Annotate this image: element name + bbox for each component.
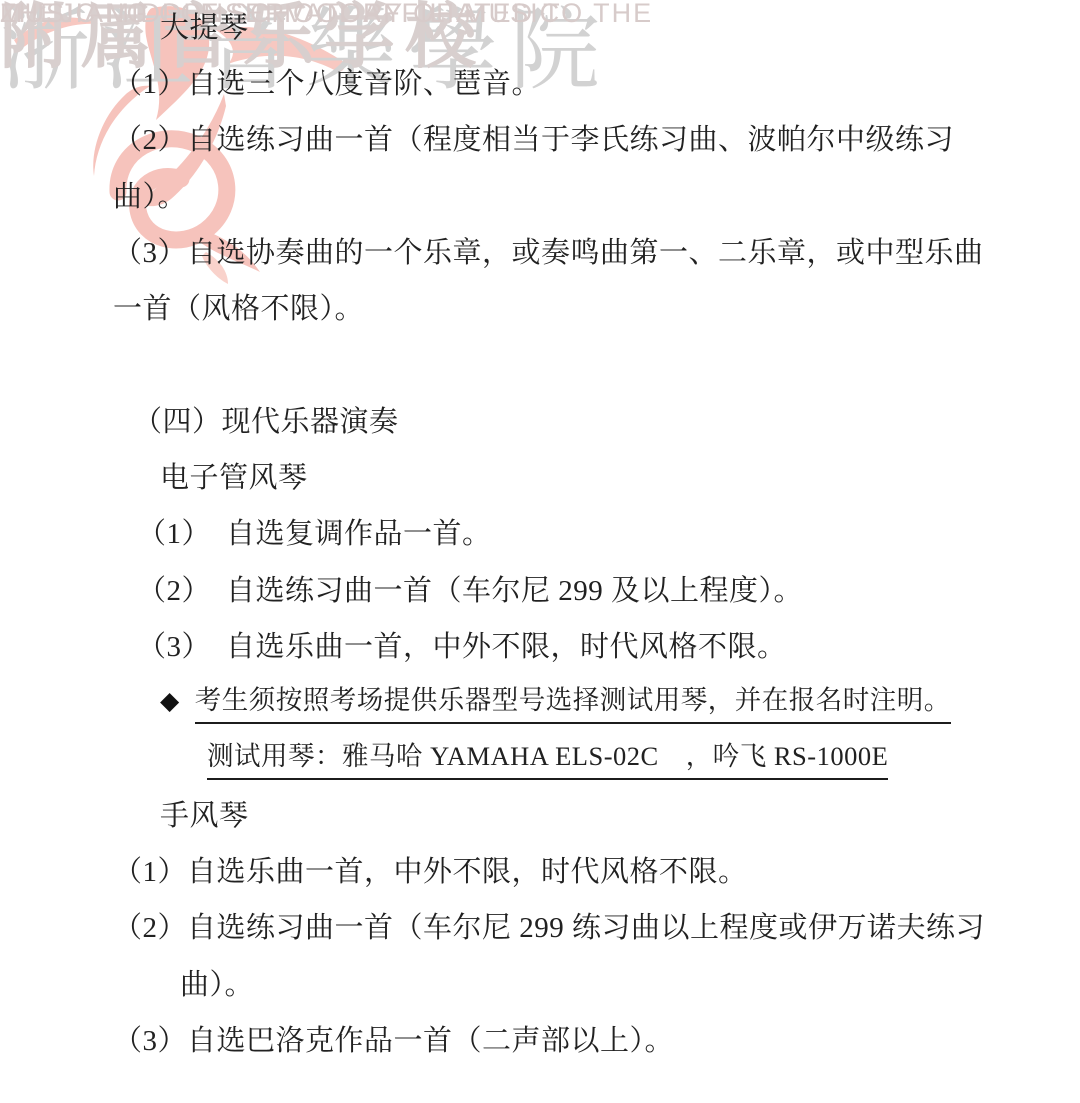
diamond-bullet-icon: ◆: [160, 686, 180, 716]
item-cello-2-cont: 曲）。: [0, 166, 1080, 222]
note-test-instruments: 测试用琴：雅马哈 YAMAHA ELS-02C ，吟飞 RS-1000E: [0, 729, 1080, 785]
item-organ-2: （2） 自选练习曲一首（车尔尼 299 及以上程度）。: [0, 560, 1080, 616]
section-title-cello: 大提琴: [0, 0, 1080, 53]
item-organ-3: （3） 自选乐曲一首，中外不限，时代风格不限。: [0, 616, 1080, 672]
item-accordion-2: （2）自选练习曲一首（车尔尼 299 练习曲以上程度或伊万诺夫练习: [0, 898, 1080, 954]
item-accordion-2-cont: 曲）。: [0, 954, 1080, 1010]
note-test-instruments-text: 测试用琴：雅马哈 YAMAHA ELS-02C ，吟飞 RS-1000E: [207, 734, 888, 780]
section-title-modern-instruments: （四）现代乐器演奏: [0, 391, 1080, 447]
item-cello-2: （2）自选练习曲一首（程度相当于李氏练习曲、波帕尔中级练习: [0, 110, 1080, 166]
section-title-accordion: 手风琴: [0, 785, 1080, 841]
item-accordion-1: （1）自选乐曲一首，中外不限，时代风格不限。: [0, 841, 1080, 897]
item-accordion-3: （3）自选巴洛克作品一首（二声部以上）。: [0, 1010, 1080, 1066]
item-cello-1: （1）自选三个八度音阶、琶音。: [0, 53, 1080, 109]
document-body: 大提琴 （1）自选三个八度音阶、琶音。 （2）自选练习曲一首（程度相当于李氏练习…: [0, 0, 1080, 1067]
item-cello-3-cont: 一首（风格不限）。: [0, 278, 1080, 334]
note-instrument-requirement-text: 考生须按照考场提供乐器型号选择测试用琴，并在报名时注明。: [195, 678, 951, 724]
document-page: 浙江音樂學院 附属音乐学校 MUSIC MIDDLE SCHOOL AFFILI…: [0, 0, 1080, 1103]
blank-line: [0, 335, 1080, 391]
item-organ-1: （1） 自选复调作品一首。: [0, 504, 1080, 560]
item-cello-3: （3）自选协奏曲的一个乐章，或奏鸣曲第一、二乐章，或中型乐曲: [0, 222, 1080, 278]
section-title-electronic-organ: 电子管风琴: [0, 447, 1080, 503]
note-instrument-requirement: ◆ 考生须按照考场提供乐器型号选择测试用琴，并在报名时注明。: [0, 673, 1080, 729]
